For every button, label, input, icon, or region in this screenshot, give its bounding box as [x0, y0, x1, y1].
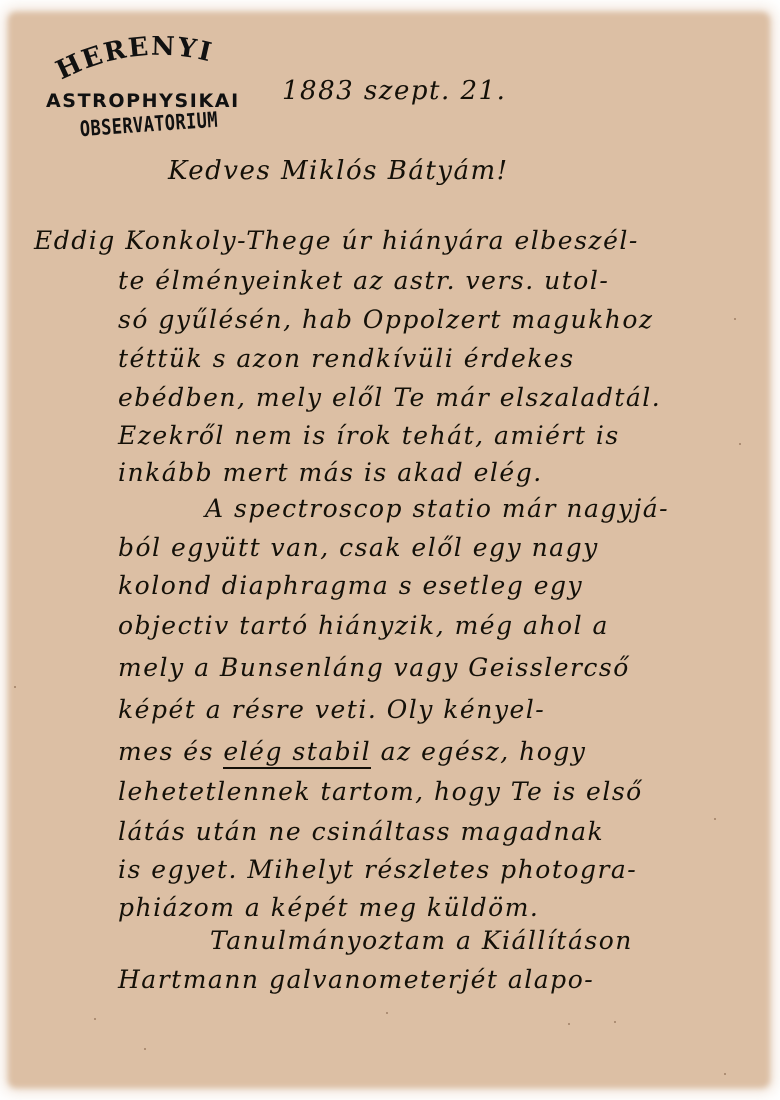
letter-line: A spectroscop statio már nagyjá- [205, 494, 669, 523]
letter-line: is egyet. Mihelyt részletes photogra- [118, 855, 637, 884]
paper-speck [386, 1012, 388, 1014]
letter-line: Hartmann galvanometerjét alapo- [118, 965, 594, 994]
letter-line: Tanulmányoztam a Kiállításon [210, 926, 633, 955]
letter-line: objectiv tartó hiányzik, még ahol a [118, 611, 609, 640]
letter-line: kolond diaphragma s esetleg egy [118, 571, 583, 600]
letter-line: ból együtt van, csak elől egy nagy [118, 533, 599, 562]
stamp-arc: HERÉNYI [40, 36, 280, 96]
letter-line: inkább mert más is akad elég. [118, 458, 543, 487]
letter-line-text: az egész, hogy [371, 737, 586, 766]
underlined-phrase: elég stabil [223, 737, 371, 769]
stamp-line-herenyi: HERÉNYI [52, 36, 216, 86]
letter-line: téttük s azon rendkívüli érdekes [118, 344, 575, 373]
letter-line-text: mes és [118, 737, 223, 766]
letter-date: 1883 szept. 21. [282, 76, 506, 106]
letter-line: képét a résre veti. Oly kényel- [118, 695, 545, 724]
letter-salutation: Kedves Miklós Bátyám! [168, 156, 509, 186]
paper-speck [568, 1023, 570, 1025]
letter-line: só gyűlésén, hab Oppolzert magukhoz [118, 305, 654, 334]
letter-line: mely a Bunsenláng vagy Geisslercső [118, 653, 630, 682]
letter-line: Eddig Konkoly-Thege úr hiányára elbeszél… [34, 226, 639, 255]
letter-line: ebédben, mely elől Te már elszaladtál. [118, 383, 661, 412]
paper-speck [94, 1018, 96, 1020]
paper-speck [614, 1021, 616, 1023]
paper-speck [144, 1048, 146, 1050]
letter-line: Ezekről nem is írok tehát, amiért is [118, 421, 620, 450]
letter-line: látás után ne csináltass magadnak [118, 817, 604, 846]
paper-speck [724, 1073, 726, 1075]
letter-line: lehetetlennek tartom, hogy Te is első [118, 777, 643, 806]
paper-speck [714, 818, 716, 820]
paper-speck [734, 318, 736, 320]
paper-speck [739, 443, 741, 445]
letter-line: te élményeinket az astr. vers. utol- [118, 266, 609, 295]
paper-speck [14, 686, 16, 688]
letter-line: mes és elég stabil az egész, hogy [118, 737, 586, 766]
letter-line: phiázom a képét meg küldöm. [118, 893, 539, 922]
